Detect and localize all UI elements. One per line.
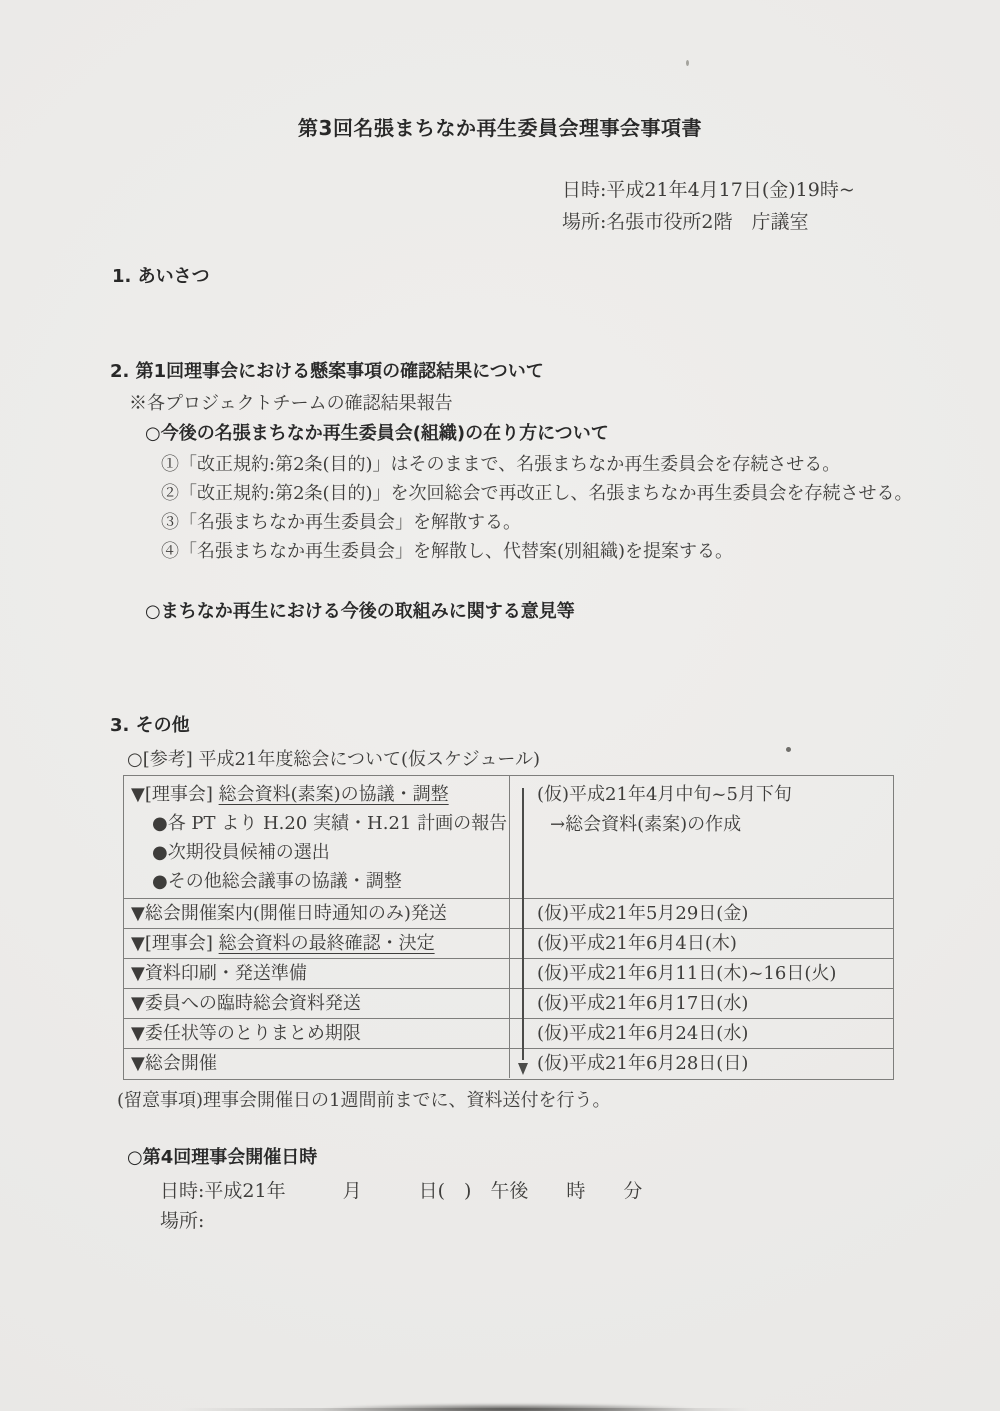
schedule-table: ▼[理事会] 総会資料(素案)の協議・調整 ●各 PT より H.20 実績・H…: [123, 775, 894, 1080]
scan-speck: [786, 747, 791, 752]
table-row: ▼[理事会] 総会資料の最終確認・決定 (仮)平成21年6月4日(木): [124, 928, 893, 958]
task-cell: ▼委員への臨時総会資料発送: [124, 989, 510, 1018]
meeting-datetime: 日時:平成21年4月17日(金)19時~: [562, 174, 855, 206]
task-cell: ▼[理事会] 総会資料の最終確認・決定: [124, 929, 510, 958]
topic-opinions-heading: ○まちなか再生における今後の取組みに関する意見等: [145, 597, 575, 623]
section-2-heading: 2. 第1回理事会における懸案事項の確認結果について: [110, 357, 544, 383]
date-note: →総会資料(素案)の作成: [537, 810, 893, 840]
table-row: ▼[理事会] 総会資料(素案)の協議・調整 ●各 PT より H.20 実績・H…: [124, 776, 893, 898]
table-row: ▼委員への臨時総会資料発送 (仮)平成21年6月17日(水): [124, 988, 893, 1018]
option-list: ①「改正規約:第2条(目的)」はそのままで、名張まちなか再生委員会を存続させる。…: [161, 450, 913, 566]
next-meeting-datetime-blank: 日時:平成21年 月 日( ) 午後 時 分: [160, 1176, 642, 1203]
subtask-item: ●次期役員候補の選出: [152, 838, 509, 867]
meeting-meta: 日時:平成21年4月17日(金)19時~ 場所:名張市役所2階 庁議室: [562, 174, 855, 238]
reference-schedule-heading: ○[参考] 平成21年度総会について(仮スケジュール): [127, 745, 540, 771]
subtask-item: ●その他総会議事の協議・調整: [152, 867, 509, 896]
table-row: ▼資料印刷・発送準備 (仮)平成21年6月11日(木)~16日(火): [124, 958, 893, 988]
scan-speck: [686, 60, 689, 66]
task-cell: ▼資料印刷・発送準備: [124, 959, 510, 988]
task-cell: ▼[理事会] 総会資料(素案)の協議・調整 ●各 PT より H.20 実績・H…: [124, 776, 510, 898]
section-3-heading: 3. その他: [110, 711, 190, 737]
option-item-4: ④「名張まちなか再生委員会」を解散し、代替案(別組織)を提案する。: [161, 537, 913, 566]
option-item-3: ③「名張まちなか再生委員会」を解散する。: [161, 508, 913, 537]
section-1-heading: 1. あいさつ: [112, 262, 210, 288]
date-cell: (仮)平成21年5月29日(金): [510, 899, 893, 928]
table-row: ▼総会開催 (仮)平成21年6月28日(日): [124, 1048, 893, 1078]
timeline-arrow-head-icon: [518, 1063, 528, 1075]
task-underlined: 総会資料の最終確認・決定: [219, 933, 435, 954]
option-item-2: ②「改正規約:第2条(目的)」を次回総会で再改正し、名張まちなか再生委員会を存続…: [161, 479, 913, 508]
date-text: (仮)平成21年4月中旬~5月下旬: [537, 780, 893, 810]
date-cell: (仮)平成21年4月中旬~5月下旬 →総会資料(素案)の作成: [510, 776, 893, 898]
remarks-note: (留意事項)理事会開催日の1週間前までに、資料送付を行う。: [117, 1086, 611, 1112]
task-cell: ▼委任状等のとりまとめ期限: [124, 1019, 510, 1048]
topic-organization-heading: ○今後の名張まちなか再生委員会(組織)の在り方について: [145, 419, 609, 445]
subtask-item: ●各 PT より H.20 実績・H.21 計画の報告: [152, 809, 509, 838]
document-title: 第3回名張まちなか再生委員会理事会事項書: [0, 112, 1000, 141]
scan-edge-shadow: [250, 1402, 720, 1411]
next-meeting-location-blank: 場所:: [160, 1206, 204, 1233]
date-cell: (仮)平成21年6月17日(水): [510, 989, 893, 1018]
meeting-location: 場所:名張市役所2階 庁議室: [562, 206, 855, 238]
table-row: ▼委任状等のとりまとめ期限 (仮)平成21年6月24日(水): [124, 1018, 893, 1048]
task-cell: ▼総会開催: [124, 1049, 510, 1078]
table-row: ▼総会開催案内(開催日時通知のみ)発送 (仮)平成21年5月29日(金): [124, 898, 893, 928]
task-title: ▼[理事会] 総会資料(素案)の協議・調整: [131, 780, 509, 809]
date-cell: (仮)平成21年6月28日(日): [510, 1049, 893, 1078]
date-cell: (仮)平成21年6月24日(水): [510, 1019, 893, 1048]
next-meeting-heading: ○第4回理事会開催日時: [127, 1143, 317, 1169]
date-cell: (仮)平成21年6月11日(木)~16日(火): [510, 959, 893, 988]
option-item-1: ①「改正規約:第2条(目的)」はそのままで、名張まちなか再生委員会を存続させる。: [161, 450, 913, 479]
task-underlined: 総会資料(素案)の協議・調整: [219, 784, 449, 805]
task-prefix: ▼[理事会]: [131, 933, 219, 954]
task-cell: ▼総会開催案内(開催日時通知のみ)発送: [124, 899, 510, 928]
timeline-arrow-down-icon: [522, 788, 524, 1060]
date-cell: (仮)平成21年6月4日(木): [510, 929, 893, 958]
scanned-document-page: 第3回名張まちなか再生委員会理事会事項書 日時:平成21年4月17日(金)19時…: [0, 0, 1000, 1411]
project-team-note: ※各プロジェクトチームの確認結果報告: [129, 389, 453, 415]
task-prefix: ▼[理事会]: [131, 784, 219, 805]
subtask-list: ●各 PT より H.20 実績・H.21 計画の報告 ●次期役員候補の選出 ●…: [131, 809, 509, 896]
